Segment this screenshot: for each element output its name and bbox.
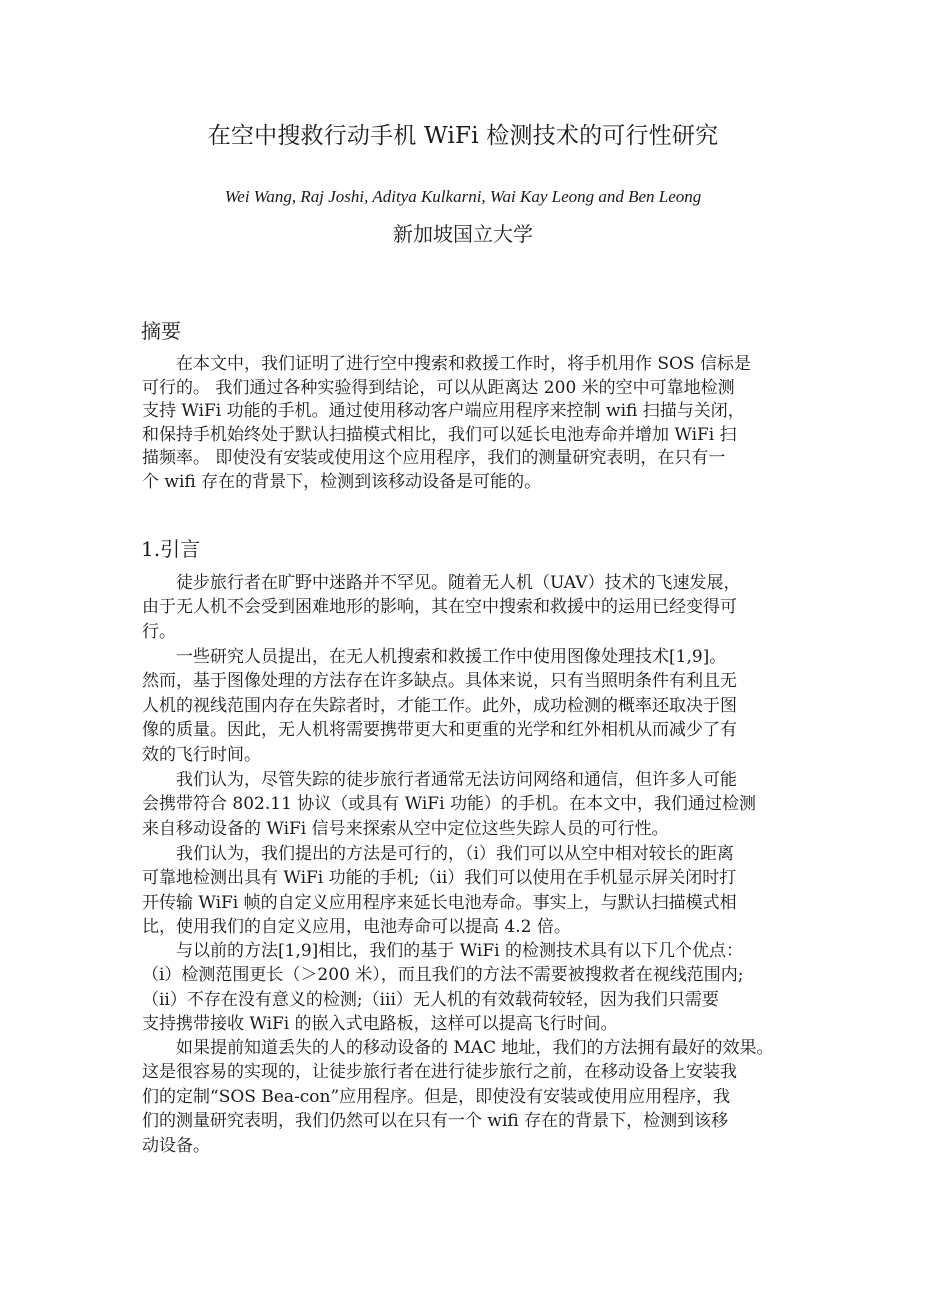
paragraph-line: 动设备。 bbox=[142, 1134, 790, 1158]
paragraph-line: 们的测量研究表明，我们仍然可以在只有一个 wifi 存在的背景下，检测到该移 bbox=[142, 1109, 790, 1133]
abstract-line: 支持 WiFi 功能的手机。通过使用移动客户端应用程序来控制 wifi 扫描与关… bbox=[142, 400, 790, 424]
paragraph-line: 支持携带接收 WiFi 的嵌入式电路板，这样可以提高飞行时间。 bbox=[142, 1012, 790, 1036]
paragraph-line: 我们认为，尽管失踪的徒步旅行者通常无法访问网络和通信，但许多人可能 bbox=[142, 768, 790, 792]
paragraph-line: （i）检测范围更长（＞200 米），而且我们的方法不需要被搜救者在视线范围内; bbox=[142, 963, 790, 987]
intro-paragraph-6: 如果提前知道丢失的人的移动设备的 MAC 地址，我们的方法拥有最好的效果。 这是… bbox=[142, 1036, 790, 1158]
paragraph-line: 像的质量。因此，无人机将需要携带更大和更重的光学和红外相机从而减少了有 bbox=[142, 718, 790, 742]
paragraph-line: 人机的视线范围内存在失踪者时，才能工作。此外，成功检测的概率还取决于图 bbox=[142, 694, 790, 718]
paragraph-line: 我们认为，我们提出的方法是可行的，（i）我们可以从空中相对较长的距离 bbox=[142, 842, 790, 866]
abstract-line: 个 wifi 存在的背景下，检测到该移动设备是可能的。 bbox=[142, 471, 790, 495]
document-page: 在空中搜救行动手机 WiFi 检测技术的可行性研究 Wei Wang, Raj … bbox=[0, 0, 926, 1309]
paragraph-line: 一些研究人员提出，在无人机搜索和救援工作中使用图像处理技术[1,9]。 bbox=[142, 645, 790, 669]
paragraph-line: 开传输 WiFi 帧的自定义应用程序来延长电池寿命。事实上，与默认扫描模式相 bbox=[142, 891, 790, 915]
paper-affiliation: 新加坡国立大学 bbox=[0, 221, 926, 247]
paragraph-line: 由于无人机不会受到困难地形的影响，其在空中搜索和救援中的运用已经变得可 bbox=[142, 595, 790, 619]
abstract-line: 在本文中，我们证明了进行空中搜索和救援工作时，将手机用作 SOS 信标是 bbox=[142, 353, 790, 377]
paragraph-line: 与以前的方法[1,9]相比，我们的基于 WiFi 的检测技术具有以下几个优点： bbox=[142, 939, 790, 963]
paragraph-line: 行。 bbox=[142, 620, 790, 644]
paragraph-line: 比，使用我们的自定义应用，电池寿命可以提高 4.2 倍。 bbox=[142, 915, 790, 939]
abstract-line: 和保持手机始终处于默认扫描模式相比，我们可以延长电池寿命并增加 WiFi 扫 bbox=[142, 424, 790, 448]
paragraph-line: （ii）不存在没有意义的检测;（iii）无人机的有效载荷较轻，因为我们只需要 bbox=[142, 988, 790, 1012]
paragraph-line: 来自移动设备的 WiFi 信号来探索从空中定位这些失踪人员的可行性。 bbox=[142, 817, 790, 841]
paragraph-line: 们的定制“SOS Bea-con”应用程序。但是，即使没有安装或使用应用程序，我 bbox=[142, 1085, 790, 1109]
paper-title: 在空中搜救行动手机 WiFi 检测技术的可行性研究 bbox=[0, 121, 926, 151]
paragraph-line: 可靠地检测出具有 WiFi 功能的手机;（ii）我们可以使用在手机显示屏关闭时打 bbox=[142, 866, 790, 890]
intro-paragraph-3: 我们认为，尽管失踪的徒步旅行者通常无法访问网络和通信，但许多人可能 会携带符合 … bbox=[142, 768, 790, 841]
paragraph-line: 然而，基于图像处理的方法存在许多缺点。具体来说，只有当照明条件有利且无 bbox=[142, 669, 790, 693]
abstract-line: 描频率。 即使没有安装或使用这个应用程序，我们的测量研究表明，在只有一 bbox=[142, 447, 790, 471]
paragraph-line: 效的飞行时间。 bbox=[142, 743, 790, 767]
paragraph-line: 这是很容易的实现的，让徒步旅行者在进行徒步旅行之前，在移动设备上安装我 bbox=[142, 1060, 790, 1084]
abstract-line: 可行的。 我们通过各种实验得到结论，可以从距离达 200 米的空中可靠地检测 bbox=[142, 377, 790, 401]
paragraph-line: 如果提前知道丢失的人的移动设备的 MAC 地址，我们的方法拥有最好的效果。 bbox=[142, 1036, 790, 1060]
paper-authors: Wei Wang, Raj Joshi, Aditya Kulkarni, Wa… bbox=[0, 186, 926, 208]
intro-paragraph-1: 徒步旅行者在旷野中迷路并不罕见。随着无人机（UAV）技术的飞速发展， 由于无人机… bbox=[142, 571, 790, 644]
paragraph-line: 徒步旅行者在旷野中迷路并不罕见。随着无人机（UAV）技术的飞速发展， bbox=[142, 571, 790, 595]
abstract-heading: 摘要 bbox=[141, 318, 181, 344]
paragraph-line: 会携带符合 802.11 协议（或具有 WiFi 功能）的手机。在本文中，我们通… bbox=[142, 792, 790, 816]
intro-paragraph-4: 我们认为，我们提出的方法是可行的，（i）我们可以从空中相对较长的距离 可靠地检测… bbox=[142, 842, 790, 940]
introduction-heading: 1.引言 bbox=[141, 536, 200, 562]
intro-paragraph-2: 一些研究人员提出，在无人机搜索和救援工作中使用图像处理技术[1,9]。 然而，基… bbox=[142, 645, 790, 767]
abstract-paragraph: 在本文中，我们证明了进行空中搜索和救援工作时，将手机用作 SOS 信标是 可行的… bbox=[142, 353, 790, 495]
intro-paragraph-5: 与以前的方法[1,9]相比，我们的基于 WiFi 的检测技术具有以下几个优点： … bbox=[142, 939, 790, 1037]
